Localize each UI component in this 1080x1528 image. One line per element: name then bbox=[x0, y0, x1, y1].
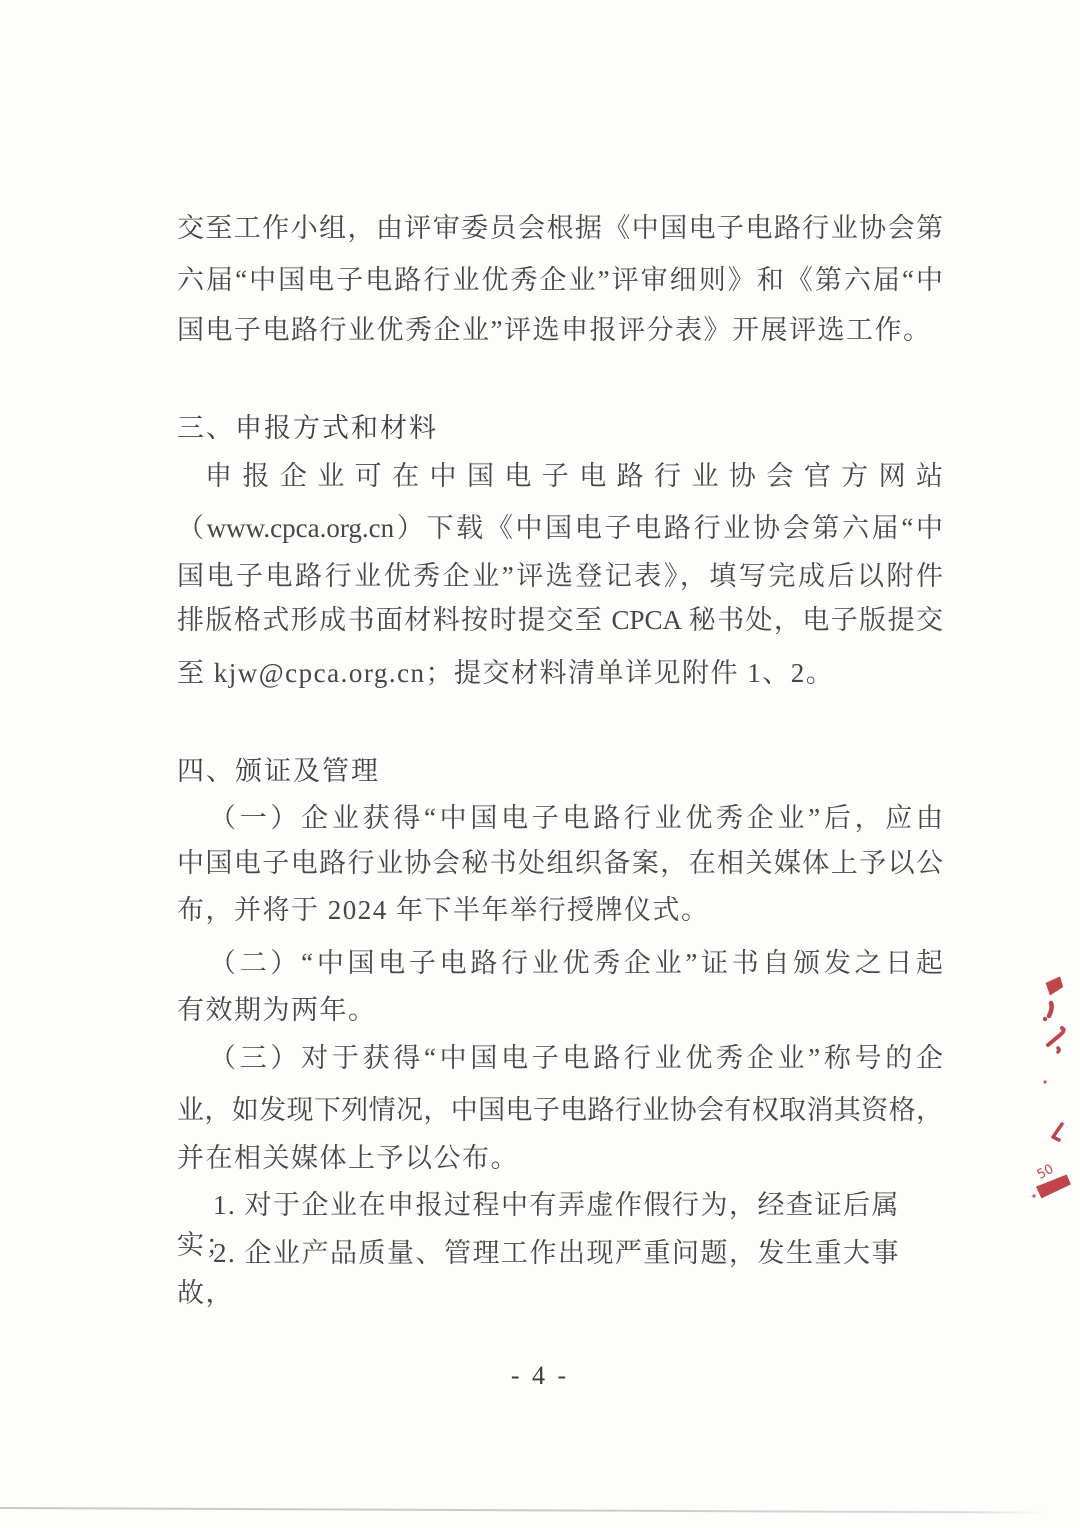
body-line: 国电子电路行业优秀企业”评选申报评分表》开展评选工作。 bbox=[177, 310, 943, 350]
red-ink-stroke bbox=[1049, 1003, 1052, 1016]
body-line: （三）对于获得“中国电子电路行业优秀企业”称号的企 bbox=[177, 1038, 943, 1078]
section3-heading: 三、申报方式和材料 bbox=[177, 408, 943, 448]
body-line: 并在相关媒体上予以公布。 bbox=[177, 1138, 943, 1178]
red-ink-dot bbox=[1032, 1194, 1035, 1197]
body-line: 国电子电路行业优秀企业”评选登记表》，填写完成后以附件 bbox=[177, 556, 943, 596]
red-ink-blob bbox=[1045, 976, 1064, 996]
red-ink-dot bbox=[1043, 1017, 1047, 1021]
body-line: 申报企业可在中国电子电路行业协会官方网站 bbox=[177, 456, 943, 496]
red-ink-stroke bbox=[1058, 1048, 1059, 1052]
body-line: 中国电子电路行业协会秘书处组织备案，在相关媒体上予以公 bbox=[177, 843, 943, 883]
red-ink-number: 50 bbox=[1035, 1162, 1057, 1183]
body-line: 至 kjw@cpca.org.cn；提交材料清单详见附件 1、2。 bbox=[177, 653, 943, 693]
red-ink-marks: 50 bbox=[1015, 958, 1077, 1208]
body-line: （一）企业获得“中国电子电路行业优秀企业”后，应由 bbox=[177, 798, 943, 838]
red-ink-stroke bbox=[1048, 1028, 1064, 1045]
page-number: - 4 - bbox=[0, 1361, 1080, 1391]
body-line: （www.cpca.org.cn）下载《中国电子电路行业协会第六届“中 bbox=[177, 508, 943, 548]
document-page: 交至工作小组，由评审委员会根据《中国电子电路行业协会第 六届“中国电子电路行业优… bbox=[0, 0, 1080, 1528]
red-ink-dot bbox=[1043, 1080, 1046, 1083]
scan-edge-line bbox=[0, 1507, 1046, 1514]
body-line: 有效期为两年。 bbox=[177, 990, 943, 1030]
red-ink-stroke bbox=[1053, 1124, 1062, 1140]
body-line: 排版格式形成书面材料按时提交至 CPCA 秘书处，电子版提交 bbox=[177, 600, 943, 640]
body-line: 布，并将于 2024 年下半年举行授牌仪式。 bbox=[177, 890, 943, 930]
body-line: 业，如发现下列情况，中国电子电路行业协会有权取消其资格， bbox=[177, 1090, 943, 1130]
body-line: 交至工作小组，由评审委员会根据《中国电子电路行业协会第 bbox=[177, 208, 943, 248]
section4-heading: 四、颁证及管理 bbox=[177, 751, 943, 791]
body-line: （二）“中国电子电路行业优秀企业”证书自颁发之日起 bbox=[177, 943, 943, 983]
body-line: 六届“中国电子电路行业优秀企业”评审细则》和《第六届“中 bbox=[177, 260, 943, 300]
body-line: 2. 企业产品质量、管理工作出现严重问题，发生重大事故， bbox=[177, 1233, 943, 1313]
